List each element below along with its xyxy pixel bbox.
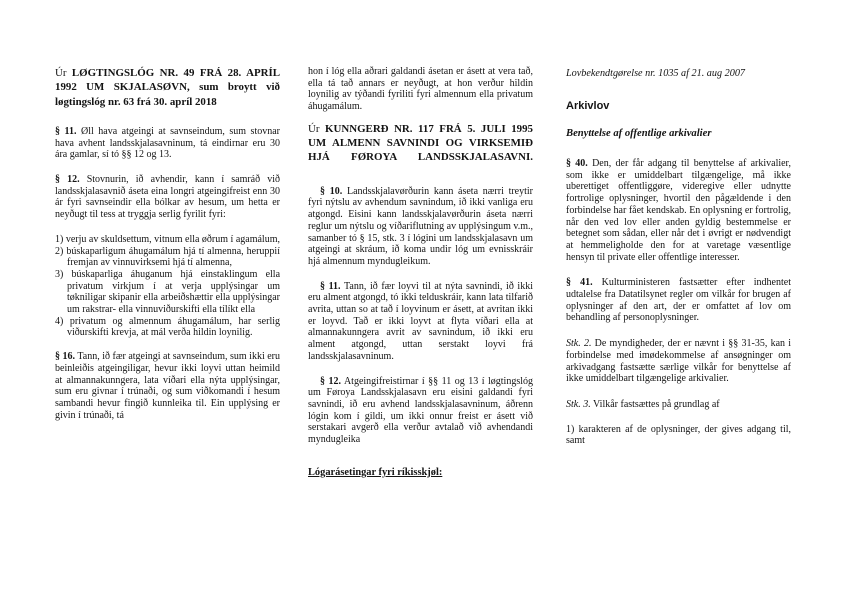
section-11-paragraph: § 11. Øll hava atgeingi at savnseindum, …	[55, 126, 280, 161]
list-item-text: búskaparligum áhugamálum hjá tí almenna,…	[66, 246, 280, 269]
section-10-paragraph: § 10. Landsskjalavørðurin kann áseta nær…	[308, 186, 533, 268]
column-middle: hon í lóg ella aðrari galdandi ásetan er…	[308, 66, 533, 479]
source-reference: Lovbekendtgørelse nr. 1035 af 21. aug 20…	[566, 68, 791, 80]
title-prefix: Úr	[308, 123, 325, 135]
section-number: § 41.	[566, 277, 593, 288]
section-40-paragraph: § 40. Den, der får adgang til benyttelse…	[566, 158, 791, 263]
section-number: § 10.	[320, 186, 342, 197]
stk-body: Vilkår fastsættes på grundlag af	[591, 399, 720, 410]
list-item-2: 2) búskaparligum áhugamálum hjá tí almen…	[55, 246, 280, 269]
list-item-3: 3) búskaparliga áhuganum hjá einstakling…	[55, 269, 280, 316]
continuation-paragraph: hon í lóg ella aðrari galdandi ásetan er…	[308, 66, 533, 113]
section-12-paragraph: § 12. Atgeingifreistirnar í §§ 11 og 13 …	[308, 376, 533, 446]
section-number: § 12.	[320, 376, 341, 387]
law-title-kunngerd: Úr KUNNGERÐ NR. 117 FRÁ 5. JULI 1995 UM …	[308, 122, 533, 165]
stk-number: Stk. 3.	[566, 399, 591, 410]
item-1-paragraph: 1) karakteren af de oplysninger, der giv…	[566, 424, 791, 447]
section-body: Landsskjalavørðurin kann áseta nærri tre…	[308, 186, 533, 267]
state-law-heading: Lógarásetingar fyri ríkisskjøl:	[308, 467, 533, 479]
list-item-number: 4)	[55, 316, 63, 327]
section-number: § 16.	[55, 351, 75, 362]
list-item-4: 4) privatum og almennum áhugamálum, har …	[55, 316, 280, 339]
list-item-text: búskaparliga áhuganum hjá einstaklingum …	[67, 269, 280, 315]
stk-2-paragraph: Stk. 2. De myndigheder, der er nævnt i §…	[566, 338, 791, 385]
section-11-paragraph: § 11. Tann, ið fær loyvi til at nýta sav…	[308, 281, 533, 363]
chapter-heading: Benyttelse af offentlige arkivalier	[566, 128, 791, 140]
title-bold-text: LØGTINGSLÓG NR. 49 FRÁ 28. APRÍL 1992 UM…	[55, 67, 280, 108]
title-prefix: Úr	[55, 67, 72, 79]
column-right: Lovbekendtgørelse nr. 1035 af 21. aug 20…	[566, 66, 791, 479]
section-body: Atgeingifreistirnar í §§ 11 og 13 í løgt…	[308, 376, 533, 446]
list-item-text: verju av skuldsettum, vitnum ella øðrum …	[66, 234, 280, 245]
section-number: § 12.	[55, 174, 80, 185]
section-12-paragraph: § 12. Stovnurin, ið avhendir, kann í sam…	[55, 174, 280, 221]
column-left: Úr LØGTINGSLÓG NR. 49 FRÁ 28. APRÍL 1992…	[55, 66, 280, 479]
three-column-layout: Úr LØGTINGSLÓG NR. 49 FRÁ 28. APRÍL 1992…	[0, 0, 842, 479]
list-item-number: 2)	[55, 246, 63, 257]
list-item-1: 1) verju av skuldsettum, vitnum ella øðr…	[55, 234, 280, 246]
stk-3-paragraph: Stk. 3. Vilkår fastsættes på grundlag af	[566, 399, 791, 411]
list-item-number: 1)	[55, 234, 63, 245]
document-page: Úr LØGTINGSLÓG NR. 49 FRÁ 28. APRÍL 1992…	[0, 0, 842, 595]
stk-body: De myndigheder, der er nævnt i §§ 31-35,…	[566, 338, 791, 384]
title-bold-text: KUNNGERÐ NR. 117 FRÁ 5. JULI 1995 UM ALM…	[308, 123, 533, 164]
law-title-arkivlov: Arkivlov	[566, 100, 791, 113]
section-body: Den, der får adgang til benyttelse af ar…	[566, 158, 791, 263]
section-16-paragraph: § 16. Tann, ið fær atgeingi at savnseind…	[55, 351, 280, 421]
section-body: Tann, ið fær atgeingi at savnseindum, su…	[55, 351, 280, 421]
law-title-logtingslog: Úr LØGTINGSLÓG NR. 49 FRÁ 28. APRÍL 1992…	[55, 66, 280, 109]
numbered-list: 1) verju av skuldsettum, vitnum ella øðr…	[55, 234, 280, 339]
section-number: § 11.	[55, 126, 76, 137]
stk-number: Stk. 2.	[566, 338, 591, 349]
section-number: § 40.	[566, 158, 588, 169]
section-body: Stovnurin, ið avhendir, kann í samráð vi…	[55, 174, 280, 220]
section-body: Kulturministeren fastsætter efter indhen…	[566, 277, 791, 323]
section-body: Tann, ið fær loyvi til at nýta savnindi,…	[308, 281, 533, 362]
section-number: § 11.	[320, 281, 341, 292]
list-item-text: privatum og almennum áhugamálum, har ser…	[67, 316, 280, 339]
section-41-paragraph: § 41. Kulturministeren fastsætter efter …	[566, 277, 791, 324]
list-item-number: 3)	[55, 269, 63, 280]
section-body: Øll hava atgeingi at savnseindum, sum st…	[55, 126, 280, 160]
